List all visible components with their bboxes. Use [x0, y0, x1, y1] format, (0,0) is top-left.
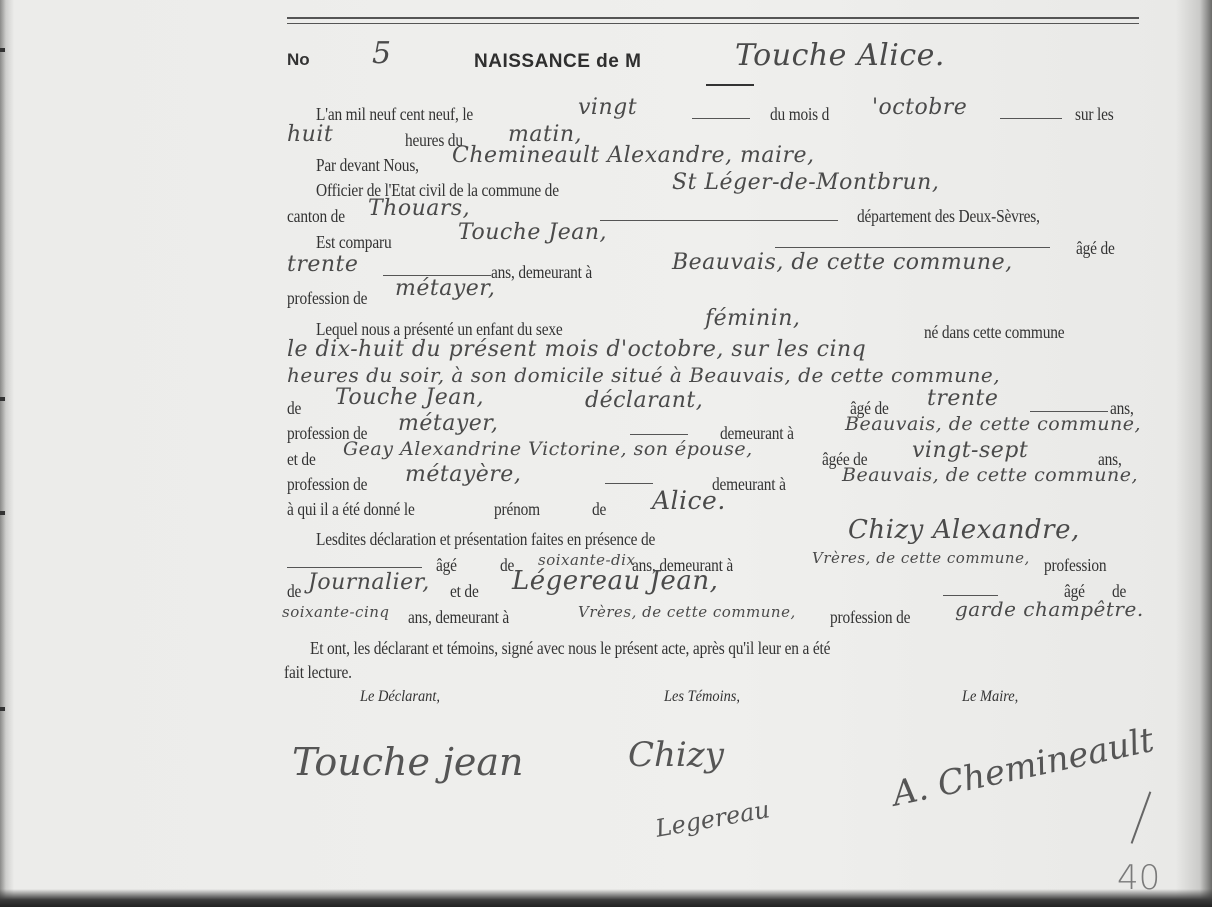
blank-line: [630, 434, 688, 435]
field-day: vingt: [578, 95, 637, 120]
text-de: de: [287, 398, 301, 419]
field-birth-date: le dix-huit du présent mois d'octobre, s…: [287, 337, 866, 362]
field-mother-age: vingt-sept: [912, 438, 1028, 463]
field-father-name: Touche Jean,: [335, 385, 484, 410]
top-rule: [287, 17, 1139, 19]
binding-mark: [0, 48, 5, 52]
field-declarant-profession: métayer,: [395, 276, 495, 301]
field-birth-place: heures du soir, à son domicile situé à B…: [287, 363, 1000, 387]
text-est-comparu: Est comparu: [316, 232, 391, 253]
field-mother-name: Geay Alexandrine Victorine, son épouse,: [343, 438, 753, 460]
field-declarant-age: trente: [287, 252, 358, 277]
act-title: NAISSANCE de M: [474, 51, 641, 73]
act-number: 5: [372, 36, 392, 71]
child-full-name: Touche Alice.: [735, 38, 945, 73]
field-mother-profession: métayère,: [405, 462, 521, 487]
text-profession: profession: [1044, 555, 1106, 576]
signature-mayor: A. Chemineault: [889, 720, 1158, 814]
field-declarant-name: Touche Jean,: [458, 220, 607, 245]
binding-mark: [0, 707, 5, 711]
text-ne-dans: né dans cette commune: [924, 322, 1064, 343]
field-mother-residence: Beauvais, de cette commune,: [842, 464, 1138, 486]
field-declarant-residence: Beauvais, de cette commune,: [672, 250, 1013, 275]
binding-mark: [0, 511, 5, 515]
field-commune: St Léger-de-Montbrun,: [672, 170, 939, 195]
text-et-de: et de: [450, 581, 479, 602]
text-et-de: et de: [287, 449, 316, 470]
blank-line: [775, 247, 1050, 248]
field-witness2-age: soixante-cinq: [282, 603, 390, 621]
text-age: âgé: [436, 555, 457, 576]
page-number: 40: [1117, 858, 1160, 898]
text-date-intro: L'an mil neuf cent neuf, le: [316, 104, 473, 125]
field-witness2-name: Légereau Jean,: [512, 566, 718, 596]
field-hour: huit: [287, 122, 333, 147]
field-father-profession: métayer,: [398, 411, 498, 436]
caption-temoins: Les Témoins,: [664, 688, 740, 706]
text-closing: Et ont, les déclarant et témoins, signé …: [310, 638, 830, 659]
field-firstname: Alice.: [652, 486, 726, 515]
top-rule-thin: [287, 23, 1139, 24]
text-departement: département des Deux-Sèvres,: [857, 206, 1040, 227]
binding-mark: [0, 397, 5, 401]
blank-line: [692, 118, 750, 119]
text-ans-demeurant: ans, demeurant à: [408, 607, 509, 628]
text-donne-le: à qui il a été donné le: [287, 499, 415, 520]
field-mayor: Chemineault Alexandre, maire,: [452, 143, 815, 168]
caption-declarant: Le Déclarant,: [360, 688, 440, 706]
text-age-de: âgé de: [1076, 238, 1115, 259]
blank-line: [943, 595, 998, 596]
text-lesdites: Lesdites déclaration et présentation fai…: [316, 529, 655, 550]
text-month-intro: du mois d: [770, 104, 829, 125]
register-page: No 5 NAISSANCE de M Touche Alice. L'an m…: [0, 0, 1212, 907]
signature-declarant: Touche jean: [292, 740, 523, 784]
text-profession: profession de: [287, 288, 367, 309]
signature-witness-1: Chizy: [628, 735, 724, 775]
field-father-age: trente: [927, 386, 998, 411]
blank-line: [600, 220, 838, 221]
act-number-label: No: [287, 50, 310, 70]
field-month: 'octobre: [872, 95, 967, 120]
text-sur-les: sur les: [1075, 104, 1114, 125]
blank-line: [1030, 411, 1108, 412]
field-witness2-profession: garde champêtre.: [955, 597, 1144, 621]
text-de: de: [287, 581, 301, 602]
blank-line: [1000, 118, 1062, 119]
field-witness1-name: Chizy Alexandre,: [848, 515, 1080, 545]
field-witness2-residence: Vrères, de cette commune,: [578, 603, 796, 621]
field-canton: Thouars,: [368, 196, 470, 221]
text-canton: canton de: [287, 206, 345, 227]
field-witness1-residence: Vrères, de cette commune,: [812, 549, 1030, 567]
text-ans-demeurant: ans, demeurant à: [491, 262, 592, 283]
field-father-role: déclarant,: [585, 388, 703, 413]
blank-line: [287, 567, 422, 568]
signature-witness-2: Legereau: [653, 795, 771, 843]
text-par-devant: Par devant Nous,: [316, 155, 419, 176]
text-prenom: prénom: [494, 499, 540, 520]
text-de: de: [592, 499, 606, 520]
signature-stroke: [1131, 791, 1151, 843]
field-father-residence: Beauvais, de cette commune,: [845, 413, 1141, 435]
caption-maire: Le Maire,: [962, 688, 1018, 706]
text-fait-lecture: fait lecture.: [284, 662, 352, 683]
field-witness1-profession: Journalier,: [308, 570, 430, 595]
blank-line: [605, 483, 653, 484]
title-underline: [706, 84, 754, 86]
text-profession: profession de: [287, 474, 367, 495]
text-profession-de: profession de: [830, 607, 910, 628]
field-sex: féminin,: [705, 306, 800, 331]
